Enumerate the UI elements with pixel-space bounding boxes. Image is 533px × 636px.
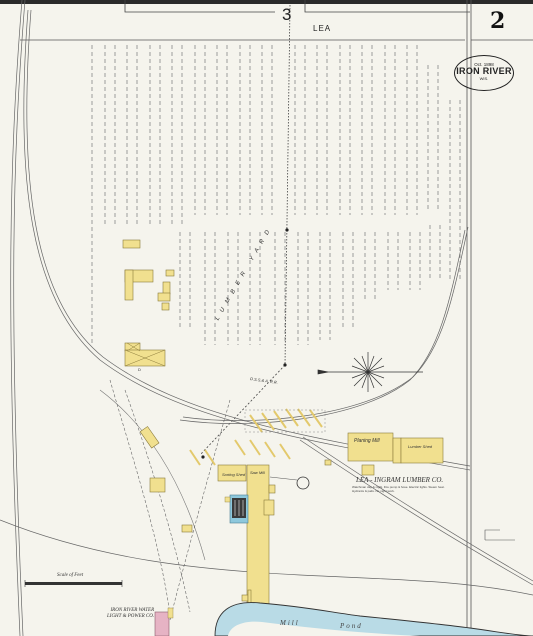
lumber-shed-label: Lumber Shed	[408, 444, 432, 449]
open-sheds	[190, 409, 322, 465]
sheet-number: 2	[490, 8, 505, 34]
adjacent-sheet-number: 3	[282, 5, 291, 25]
saw-mill-label: Saw Mill	[250, 470, 265, 475]
planing-mill-label: Planing Mill	[354, 438, 380, 444]
company-name: LEA - INGRAM LUMBER CO.	[356, 476, 443, 484]
utility-line-2: LIGHT & POWER CO.	[107, 614, 154, 620]
dwelling-label: D	[138, 367, 141, 372]
title-town: IRON RIVER	[455, 67, 513, 76]
north-arrow	[318, 352, 423, 392]
pond-label-pond: Pond	[340, 622, 363, 630]
map-graphics	[0, 0, 533, 636]
pond-label-mill: Mill	[280, 619, 300, 627]
title-cartouche: Oct. 1898 IRON RIVER WIS.	[454, 55, 514, 91]
utility-building	[155, 612, 169, 636]
sanborn-map-sheet: 3 LEA 2 Oct. 1898 IRON RIVER WIS. LUMBER…	[0, 0, 533, 636]
utility-company-label: IRON RIVER WATER LIGHT & POWER CO.	[107, 608, 154, 620]
lumber-piles	[92, 45, 460, 345]
buildings	[123, 240, 443, 615]
sorting-shed-label: Sorting Shed	[222, 472, 245, 477]
title-state: WIS.	[455, 76, 513, 81]
scale-title: Scale of Feet	[57, 573, 83, 578]
scale-bar	[25, 582, 122, 585]
street-name-lea: LEA	[313, 24, 331, 33]
company-notes: Watchman day & night. Fire pump & hose. …	[352, 486, 452, 493]
